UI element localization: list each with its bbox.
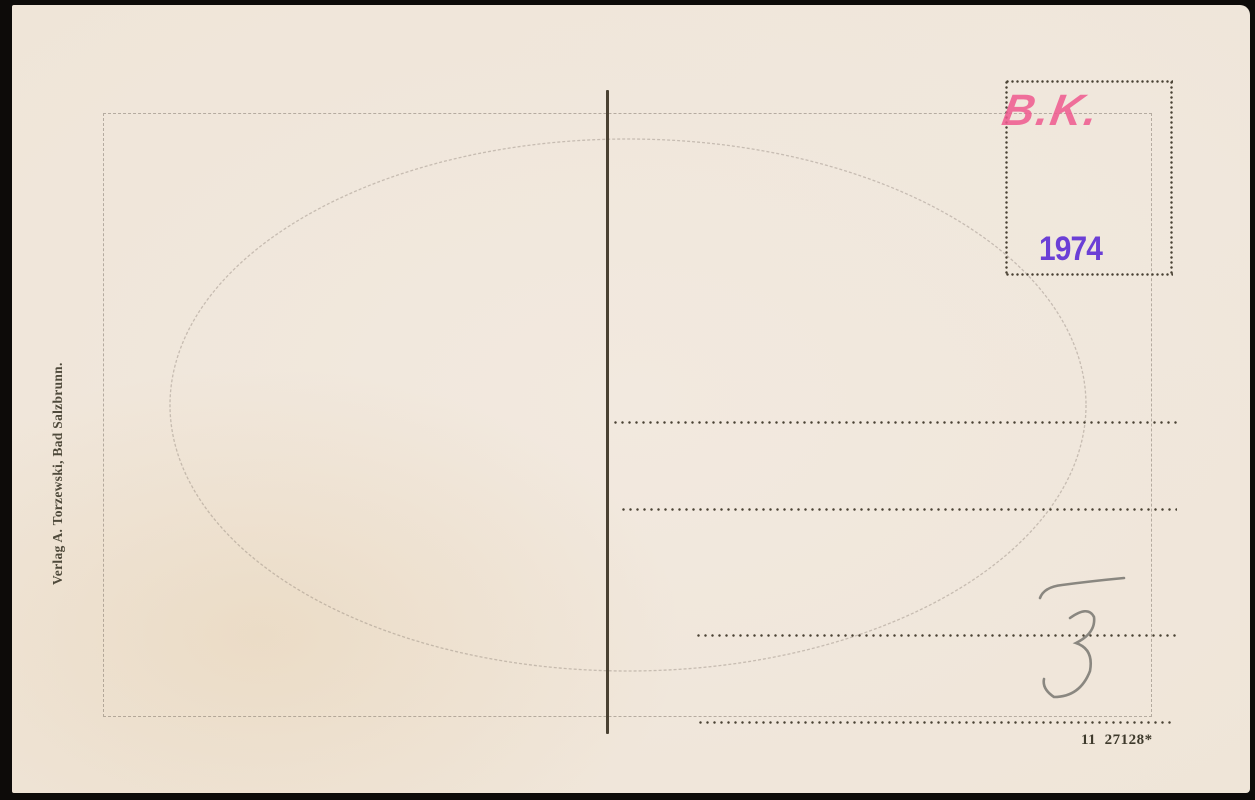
stamp-box-top-edge [1005,80,1173,83]
address-line-1 [612,421,1180,424]
pencil-number-annotation: 3 [1032,575,1142,710]
catalog-number: 11 27128* [1081,732,1153,749]
address-line-2 [620,508,1177,511]
address-line-4 [697,721,1175,724]
svg-text:3: 3 [1032,575,1040,579]
initials-handstamp: B.K. [999,86,1104,136]
stamp-placement-box: B.K. 1974 [1005,80,1173,276]
stamp-box-right-edge [1170,80,1173,276]
postcard-back: Verlag A. Torzewski, Bad Salzbrunn. B.K.… [12,5,1250,793]
stamp-box-bottom-edge [1005,273,1173,276]
center-divider-line [606,90,609,734]
publisher-imprint: Verlag A. Torzewski, Bad Salzbrunn. [50,362,66,585]
year-handstamp: 1974 [1039,230,1102,269]
